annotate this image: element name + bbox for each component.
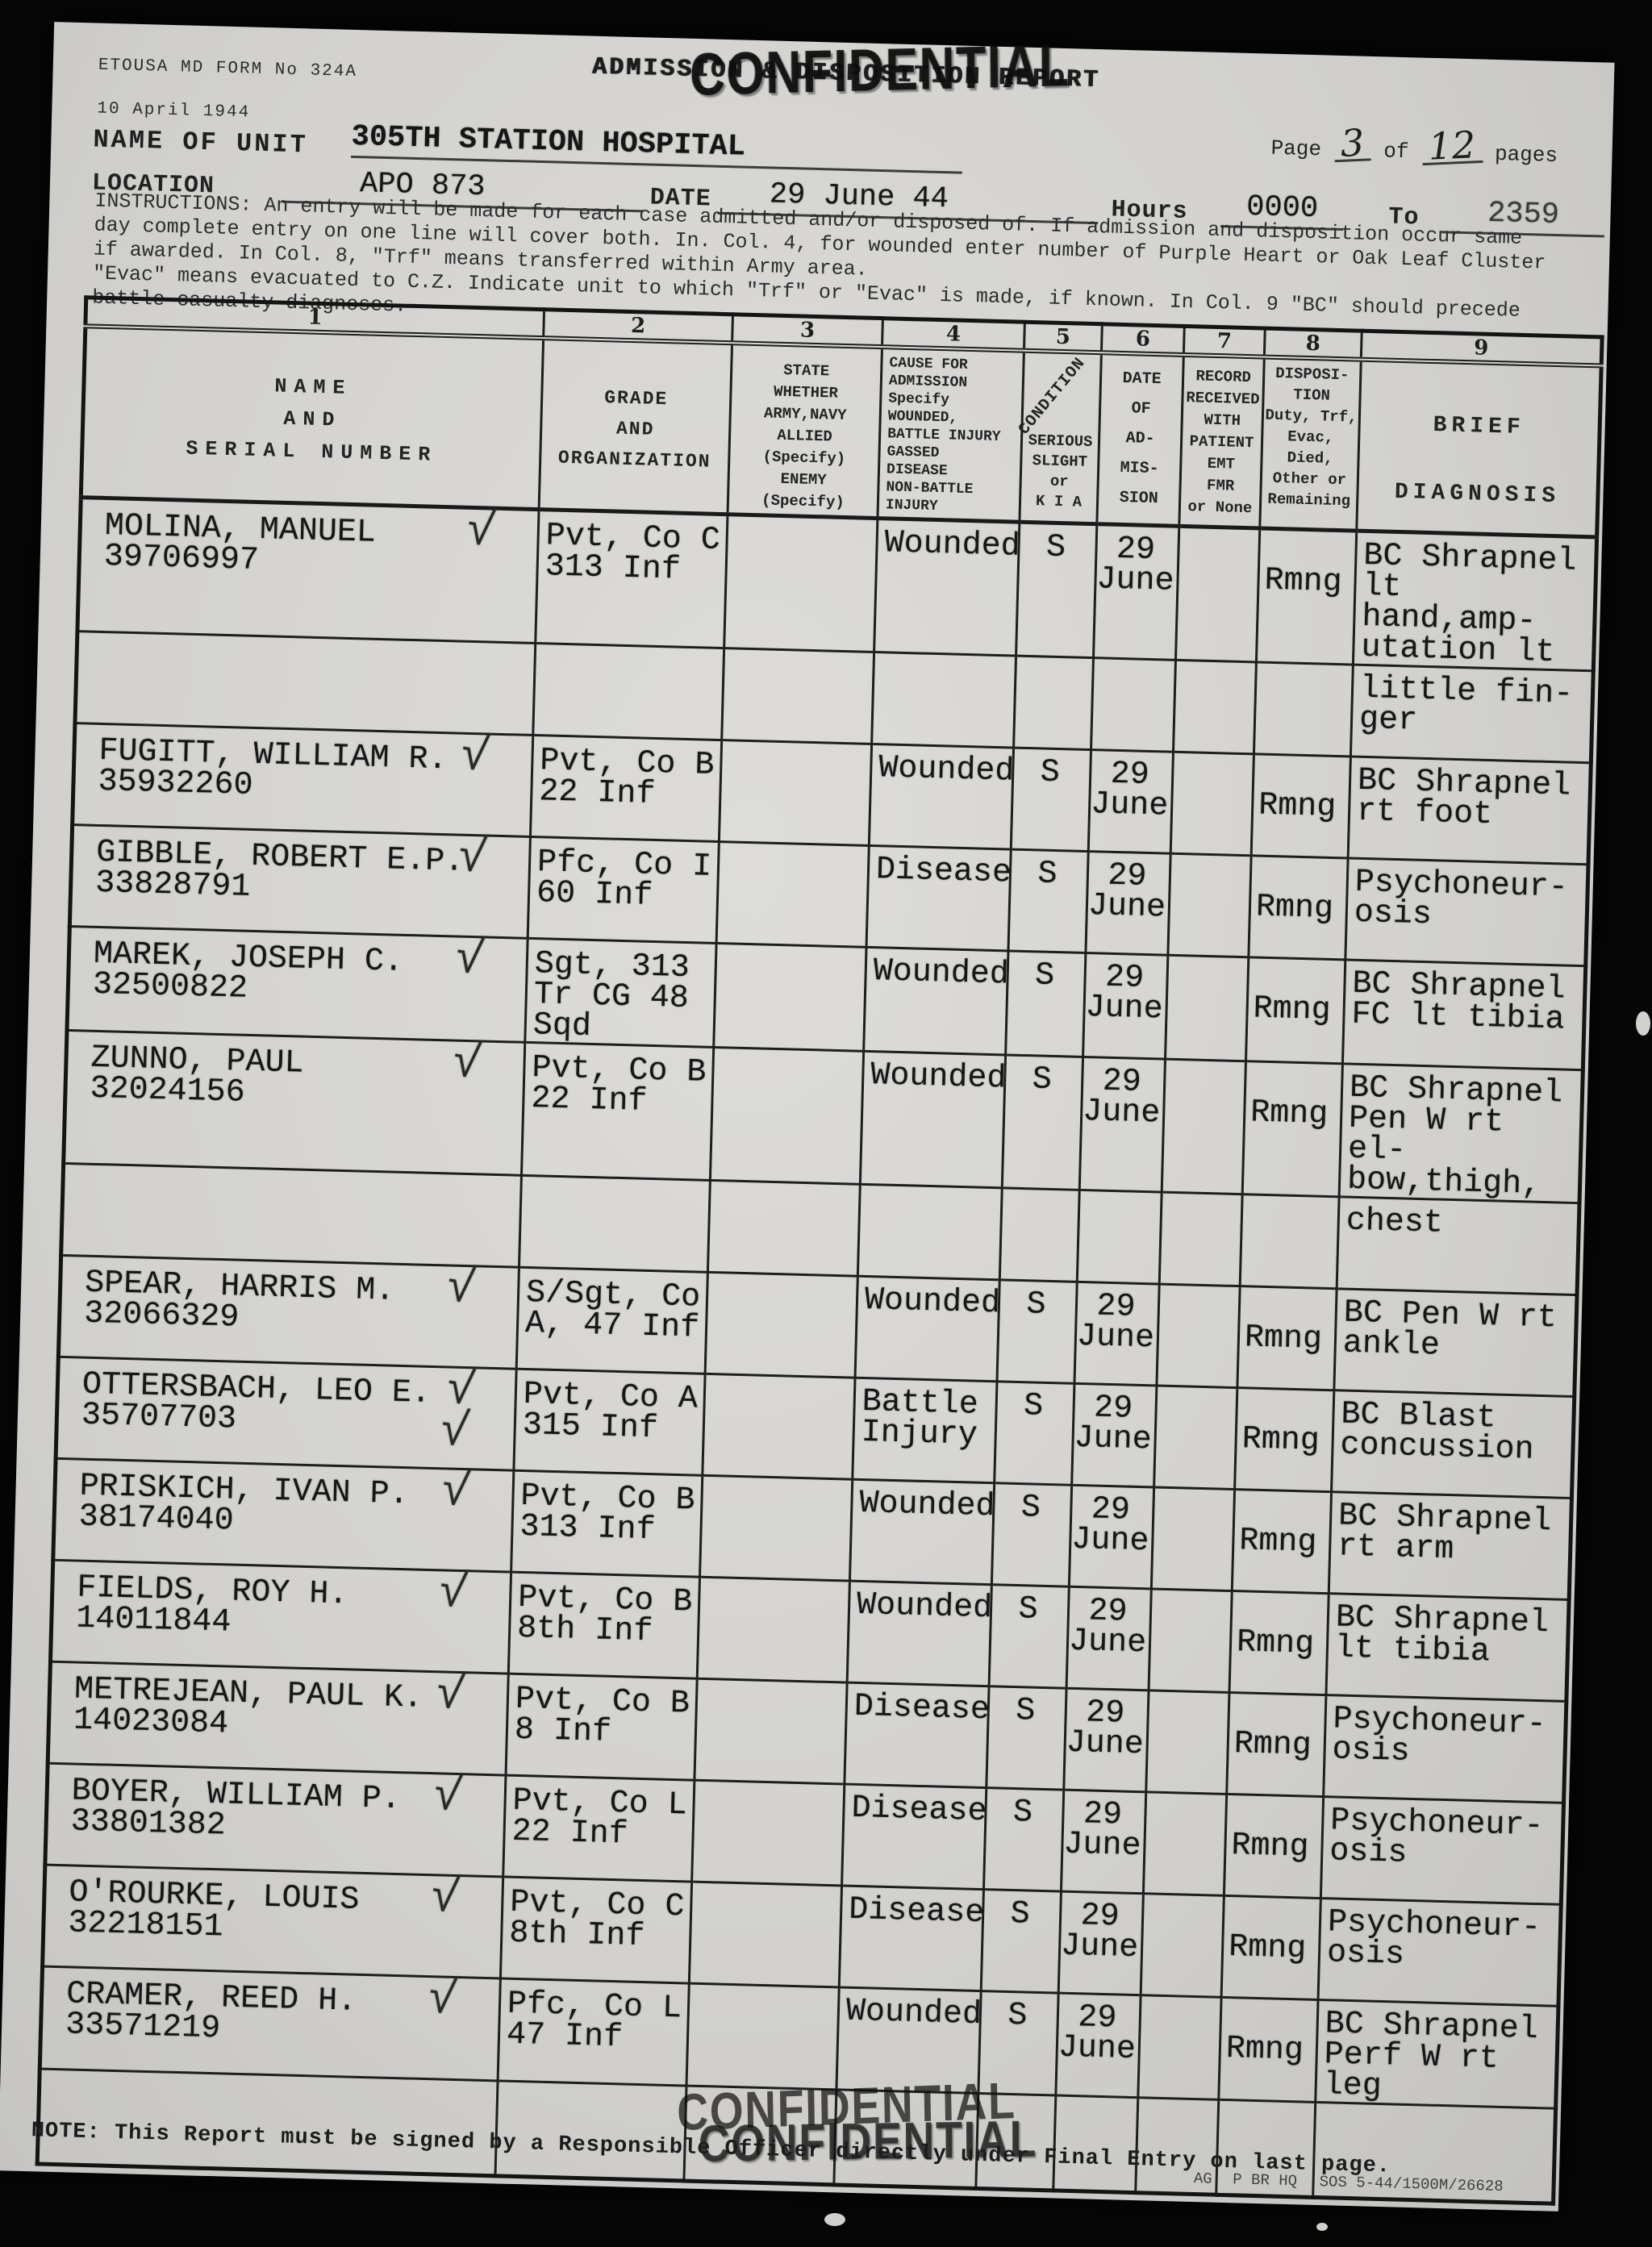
cell-date: 29 June [1061,1892,1142,1964]
cell-condition: S [992,1586,1068,1626]
handwritten-checkmark: √ [428,1876,462,1922]
cell-state [706,1374,853,1386]
cell-disposition: Rmng [1220,1998,1316,2066]
cell-date: 29 June [1058,1994,1139,2066]
handwritten-checkmark: √ [452,937,486,983]
cell-condition [977,2182,1052,2188]
cell-cause: Wounded [878,520,1018,563]
cell-diagnosis: Psychoneur- osis [1347,859,1586,935]
column-number-6: 6 [1101,324,1184,355]
cell-state [690,1984,838,1996]
cell-disposition: Rmng [1224,1896,1320,1965]
cell-record [1169,956,1247,966]
handwritten-checkmark: √ [432,1673,467,1719]
cell-condition: S [1011,850,1087,890]
cell-grade: Sgt, 313 Tr CG 48 Sqd [526,939,715,1045]
cell-record [1174,752,1253,763]
cell-date: 29 June [1083,1057,1164,1129]
paper-speck [1636,1011,1650,1036]
cell-disposition: Rmng [1259,530,1355,598]
cell-disposition: Rmng [1240,1287,1336,1356]
cell-grade [536,644,723,659]
cell-cause: Wounded [864,1052,1004,1094]
cell-state [715,1048,862,1061]
cell-cause [861,1185,1001,1197]
cell-diagnosis: BC Shrapnel Perf W rt leg [1316,2001,1556,2107]
cell-disposition: Rmng [1229,1694,1325,1762]
form-number: ETOUSA MD FORM No 324A [98,55,357,83]
scanned-document-photo: ETOUSA MD FORM No 324A 10 April 1944 ADM… [0,0,1652,2247]
column-header-3: STATE WHETHER ARMY,NAVY ALLIED (Specify)… [728,343,882,518]
cell-grade: Pvt, Co B 313 Inf [513,1471,701,1547]
cell-disposition: Rmng [1232,1592,1328,1661]
cell-cause: Disease [845,1785,985,1828]
cell-record [1158,1386,1236,1397]
cell-disposition: Rmng [1248,958,1344,1027]
cell-cause: Wounded [872,745,1012,788]
cell-record [1162,1193,1241,1203]
cell-cause [835,2178,974,2187]
cell-record [1160,1285,1238,1295]
cell-cause: Wounded [853,1480,993,1523]
cell-state [728,516,876,528]
cell-record [1180,527,1258,538]
cell-date: 29 June [1091,751,1172,823]
handwritten-checkmark: √ [449,1041,484,1087]
cell-disposition: Rmng [1237,1389,1333,1457]
cell-state [720,843,868,855]
cell-date: 29 June [1066,1689,1147,1761]
cell-condition: S [997,1382,1073,1423]
cell-condition: S [1000,1281,1076,1321]
cell-grade: Pvt, Co L 22 Inf [505,1776,693,1852]
handwritten-checkmark: √ [430,1774,465,1820]
cell-cause: Disease [870,846,1010,889]
handwritten-checkmark: √ [463,509,498,555]
cell-diagnosis: BC Shrapnel Pen W rt el- bow,thigh, [1341,1065,1581,1202]
cell-diagnosis: BC Shrapnel FC lt tibia [1345,961,1583,1036]
cell-disposition: Rmng [1254,755,1350,823]
column-header-1: NAME AND SERIAL NUMBER [81,326,543,509]
cell-grade [497,2169,683,2178]
column-number-7: 7 [1183,326,1265,356]
cell-state [695,1781,843,1793]
cell-state [685,2174,832,2182]
cell-disposition: Rmng [1250,857,1346,925]
cell-diagnosis: chest [1339,1198,1577,1243]
cell-state [709,1273,857,1285]
column-number-5: 5 [1024,322,1102,352]
cell-record [1141,1996,1220,2007]
cell-record [1155,1488,1233,1499]
cell-condition: S [984,1891,1060,1931]
handwritten-checkmark: √ [444,1266,478,1312]
column-header-4: CAUSE FOR ADMISSION Specify WOUNDED, BAT… [878,347,1024,522]
cell-grade: Pvt, Co C 8th Inf [503,1878,690,1953]
cell-condition [1003,1189,1078,1199]
cell-cause: Wounded [866,948,1007,990]
cell-state [701,1578,849,1590]
cell-record [1171,854,1249,865]
cell-condition: S [1006,1056,1082,1096]
cell-cause [875,653,1015,665]
cell-state [711,1181,859,1193]
column-header-8: DISPOSI- TION Duty, Trf, Evac, Died, Oth… [1260,357,1362,531]
handwritten-checkmark: √ [436,1571,470,1617]
cell-grade: Pvt, Co B 22 Inf [524,1043,712,1119]
cell-state [717,944,865,957]
column-number-8: 8 [1264,328,1362,360]
cell-state [698,1679,845,1691]
document-paper: ETOUSA MD FORM No 324A 10 April 1944 ADM… [0,22,1615,2212]
cell-cause: Wounded [858,1277,999,1319]
cell-name [40,2157,494,2174]
column-header-5: CONDITIONSERIOUS SLIGHT or K I A [1020,351,1102,523]
cell-condition: S [987,1789,1062,1829]
cell-condition: S [1014,748,1090,789]
cell-date: 29 June [1076,1282,1158,1354]
cell-diagnosis: BC Shrapnel lt hand,amp- utation lt [1354,532,1595,669]
column-number-2: 2 [544,310,733,344]
cell-diagnosis: Psychoneur- osis [1320,1899,1559,1975]
cell-disposition: Rmng [1234,1490,1330,1559]
column-header-9: BRIEF DIAGNOSIS [1357,360,1601,537]
cell-date: 29 June [1071,1486,1153,1557]
cell-condition: S [1020,523,1095,564]
cell-grade: Pfc, Co I 60 Inf [530,837,718,913]
cell-state [723,741,870,753]
cell-date: 29 June [1069,1587,1150,1659]
cell-cause: Battle Injury [854,1378,995,1451]
cell-date: 29 June [1085,954,1166,1026]
paper-speck [1316,2223,1328,2231]
cell-record [1145,1895,1223,1905]
cell-grade: Pfc, Co L 47 Inf [500,1979,688,2055]
admissions-table: 123456789NAME AND SERIAL NUMBERGRADE AND… [35,295,1604,2205]
cell-date [1054,2183,1134,2191]
cell-date: 29 June [1063,1791,1145,1862]
cell-condition [1017,657,1092,666]
cell-cause: Disease [842,1886,982,1929]
column-number-4: 4 [882,319,1025,351]
cell-state [693,1882,841,1895]
paper-speck [824,2213,845,2226]
handwritten-checkmark: √ [455,836,490,882]
unit-value: 305TH STATION HOSPITAL [351,120,963,174]
cell-grade: Pvt, Co C 313 Inf [538,511,726,587]
cell-record [1166,1060,1245,1070]
confidential-stamp-top: CONFIDENTIAL [690,31,1070,109]
cell-diagnosis: BC Blast concussion [1333,1391,1572,1467]
handwritten-checkmark: √ [457,734,492,780]
cell-diagnosis: little fin- ger [1353,665,1592,741]
cell-date: 29 June [1096,526,1178,598]
cell-record [1147,1793,1225,1803]
cell-diagnosis: BC Shrapnel lt tibia [1328,1595,1566,1670]
cell-grade [523,1176,709,1190]
cell-cause: Wounded [839,1988,979,2031]
cell-disposition [1258,663,1352,673]
column-header-7: RECORD RECEIVED WITH PATIENT EMT FMR or … [1179,355,1265,528]
cell-diagnosis: BC Shrapnel rt arm [1331,1493,1570,1569]
cell-grade: Pvt, Co B 8 Inf [507,1674,695,1750]
cell-date [1095,659,1174,669]
column-header-6: DATE OF AD- MIS- SION [1097,352,1184,526]
cell-diagnosis: Psychoneur- osis [1325,1696,1564,1772]
cell-grade: Pvt, Co B 22 Inf [532,736,720,812]
handwritten-checkmark: √ [438,1470,473,1515]
cell-disposition [1243,1195,1337,1206]
cell-condition: S [981,1992,1057,2032]
handwritten-checkmark: √ [425,1978,460,2024]
cell-condition: S [995,1484,1070,1524]
cell-state [703,1476,851,1488]
cell-state [725,649,873,661]
cell-diagnosis: BC Pen W rt ankle [1336,1290,1575,1365]
cell-condition: S [1008,952,1084,992]
unit-label: NAME OF UNIT [93,124,308,160]
cell-diagnosis: Psychoneur- osis [1323,1798,1562,1874]
cell-date [1080,1190,1160,1201]
cell-cause: Wounded [850,1582,991,1624]
cell-grade: Pvt, Co A 315 Inf [515,1369,703,1445]
cell-date: 29 June [1074,1384,1155,1456]
cell-disposition: Rmng [1226,1795,1322,1863]
cell-date: 29 June [1087,853,1169,924]
column-number-3: 3 [732,315,883,347]
cell-record [1177,661,1255,671]
cell-grade: S/Sgt, Co A, 47 Inf [519,1268,707,1344]
cell-grade: Pvt, Co B 8th Inf [511,1573,699,1649]
cell-record [1149,1691,1228,1702]
cell-condition: S [989,1687,1065,1728]
column-header-2: GRADE AND ORGANIZATION [539,338,732,514]
cell-cause: Disease [847,1683,987,1726]
cell-disposition: Rmng [1245,1062,1341,1131]
cell-record [1153,1590,1231,1600]
cell-diagnosis: BC Shrapnel rt foot [1350,757,1589,833]
